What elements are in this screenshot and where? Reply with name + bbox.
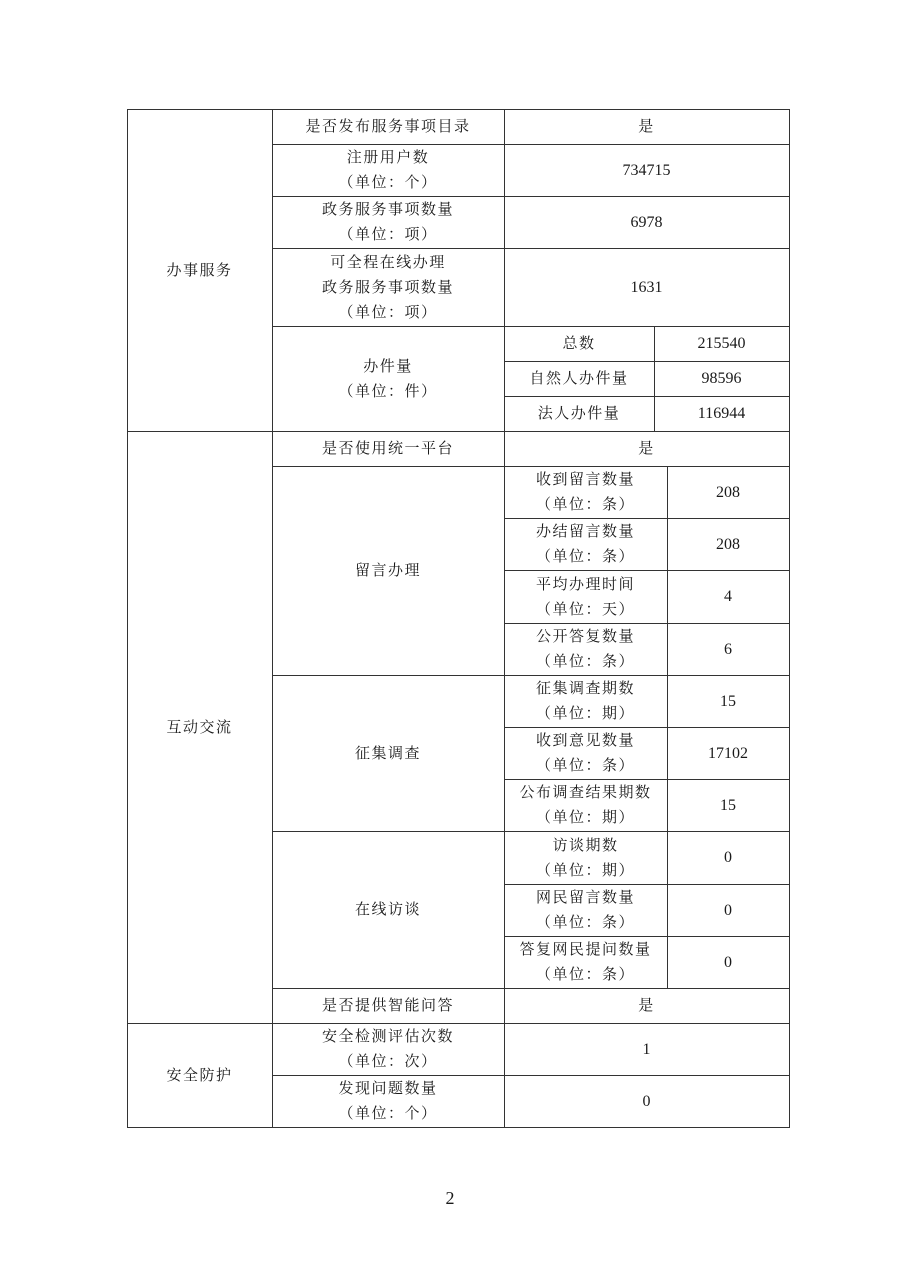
sub-row-value: 0 (667, 884, 789, 936)
row-label: 发现问题数量（单位：个） (272, 1075, 504, 1127)
row-label-line: 是否发布服务事项目录 (305, 114, 470, 139)
row-value: 6978 (504, 196, 789, 248)
row-label-line: （单位：项） (338, 222, 437, 247)
row-value: 0 (504, 1075, 789, 1127)
row-value: 是 (504, 109, 789, 144)
sub-row-label-line: 办结留言数量 (536, 519, 635, 544)
sub-row-label: 办结留言数量（单位：条） (504, 518, 667, 570)
sub-row-label-line: 总数 (562, 331, 595, 356)
sub-row-label-line: （单位：条） (536, 492, 635, 517)
sub-row-label-line: 平均办理时间 (536, 572, 635, 597)
sub-row-label: 收到意见数量（单位：条） (504, 727, 667, 779)
sub-row-label: 收到留言数量（单位：条） (504, 466, 667, 518)
sub-row-value: 15 (667, 675, 789, 727)
row-label-line: 留言办理 (355, 558, 421, 583)
sub-row-label-line: （单位：条） (536, 649, 635, 674)
row-value: 是 (504, 988, 789, 1023)
sub-row-label-line: 访谈期数 (552, 833, 618, 858)
sub-row-value: 208 (667, 466, 789, 518)
row-label-line: 政务服务事项数量 (322, 197, 454, 222)
sub-row-value: 98596 (654, 361, 789, 396)
sub-row-label-line: （单位：条） (536, 962, 635, 987)
section-header: 安全防护 (127, 1023, 272, 1127)
row-value: 734715 (504, 144, 789, 196)
row-label-line: 是否使用统一平台 (322, 436, 454, 461)
sub-row-label: 答复网民提问数量（单位：条） (504, 936, 667, 988)
sub-row-label-line: （单位：期） (536, 805, 635, 830)
row-value: 1 (504, 1023, 789, 1075)
row-label-line: （单位：个） (338, 1101, 437, 1126)
sub-row-value: 0 (667, 831, 789, 884)
sub-row-label-line: 征集调查期数 (536, 676, 635, 701)
sub-row-label: 平均办理时间（单位：天） (504, 570, 667, 623)
page-number: 2 (0, 1188, 900, 1209)
sub-row-label-line: （单位：期） (536, 858, 635, 883)
sub-row-label: 公布调查结果期数（单位：期） (504, 779, 667, 831)
sub-row-label-line: （单位：条） (536, 544, 635, 569)
sub-row-value: 208 (667, 518, 789, 570)
sub-row-value: 0 (667, 936, 789, 988)
row-value: 是 (504, 431, 789, 466)
row-label-line: 政务服务事项数量 (322, 275, 454, 300)
sub-row-label: 公开答复数量（单位：条） (504, 623, 667, 675)
sub-row-label: 网民留言数量（单位：条） (504, 884, 667, 936)
row-label-line: 是否提供智能问答 (322, 993, 454, 1018)
row-label-line: 注册用户数 (347, 145, 430, 170)
sub-row-value: 4 (667, 570, 789, 623)
row-label-line: （单位：次） (338, 1049, 437, 1074)
row-value: 1631 (504, 248, 789, 326)
row-label-line: 办件量 (363, 354, 413, 379)
sub-row-label-line: （单位：条） (536, 910, 635, 935)
sub-row-label: 征集调查期数（单位：期） (504, 675, 667, 727)
sub-row-value: 6 (667, 623, 789, 675)
sub-row-value: 215540 (654, 326, 789, 361)
sub-row-label: 自然人办件量 (504, 361, 654, 396)
row-label: 是否使用统一平台 (272, 431, 504, 466)
sub-row-value: 116944 (654, 396, 789, 431)
sub-row-label-line: 网民留言数量 (536, 885, 635, 910)
row-label-line: 在线访谈 (355, 897, 421, 922)
row-label-line: 可全程在线办理 (330, 250, 446, 275)
row-label: 是否发布服务事项目录 (272, 109, 504, 144)
row-label: 办件量（单位：件） (272, 326, 504, 431)
sub-row-label-line: 自然人办件量 (529, 366, 628, 391)
row-label: 可全程在线办理政务服务事项数量（单位：项） (272, 248, 504, 326)
row-label: 征集调查 (272, 675, 504, 831)
row-label: 政务服务事项数量（单位：项） (272, 196, 504, 248)
section-header: 办事服务 (127, 109, 272, 431)
column-divider (789, 109, 790, 1128)
sub-row-value: 17102 (667, 727, 789, 779)
row-label-line: （单位：项） (338, 300, 437, 325)
sub-row-label: 访谈期数（单位：期） (504, 831, 667, 884)
row-label: 是否提供智能问答 (272, 988, 504, 1023)
sub-row-label-line: 收到意见数量 (536, 728, 635, 753)
sub-row-label: 总数 (504, 326, 654, 361)
sub-row-label-line: （单位：期） (536, 701, 635, 726)
sub-row-label-line: 公布调查结果期数 (519, 780, 651, 805)
sub-row-label: 法人办件量 (504, 396, 654, 431)
row-divider (272, 1127, 790, 1128)
row-label-line: 征集调查 (355, 741, 421, 766)
row-label: 注册用户数（单位：个） (272, 144, 504, 196)
row-label: 留言办理 (272, 466, 504, 675)
sub-row-label-line: 收到留言数量 (536, 467, 635, 492)
sub-row-label-line: （单位：天） (536, 597, 635, 622)
row-label-line: 发现问题数量 (338, 1076, 437, 1101)
row-label-line: 安全检测评估次数 (322, 1024, 454, 1049)
row-label-line: （单位：件） (338, 379, 437, 404)
row-label: 安全检测评估次数（单位：次） (272, 1023, 504, 1075)
sub-row-label-line: 法人办件量 (538, 401, 621, 426)
section-header: 互动交流 (127, 431, 272, 1023)
sub-row-value: 15 (667, 779, 789, 831)
sub-row-label-line: 答复网民提问数量 (519, 937, 651, 962)
sub-row-label-line: （单位：条） (536, 753, 635, 778)
sub-row-label-line: 公开答复数量 (536, 624, 635, 649)
row-label-line: （单位：个） (338, 170, 437, 195)
row-label: 在线访谈 (272, 831, 504, 988)
